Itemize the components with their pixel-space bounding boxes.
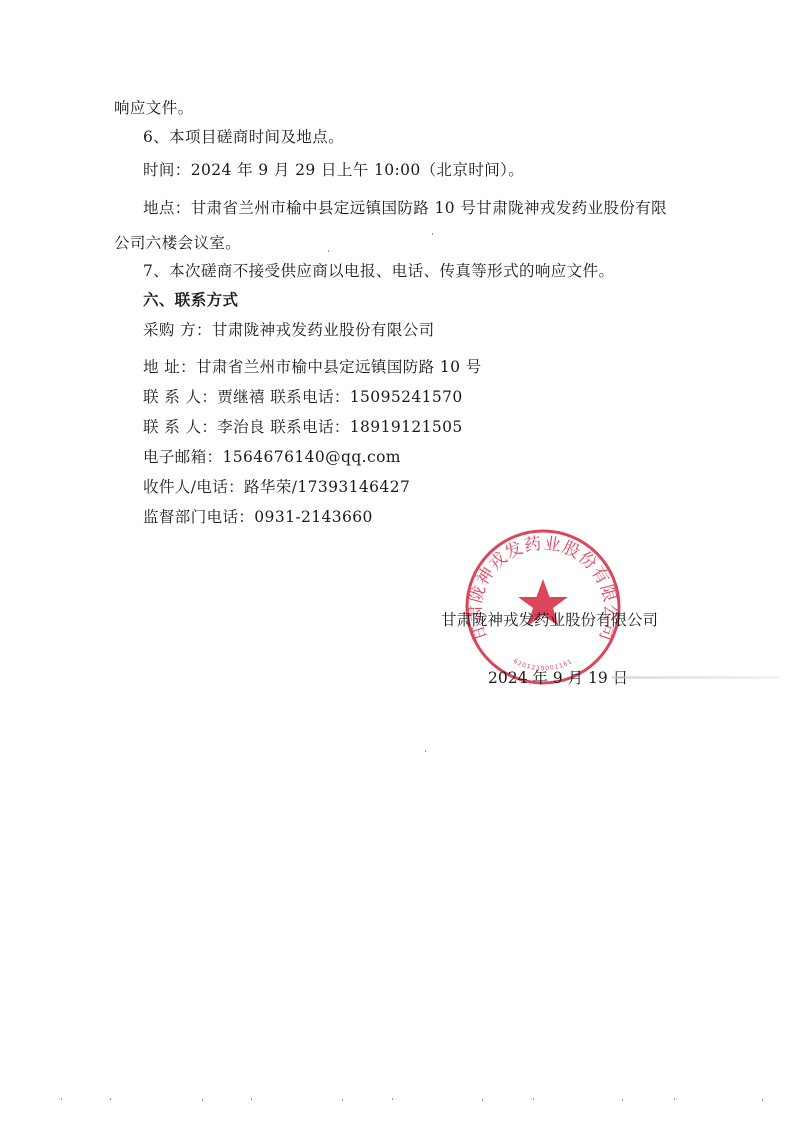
supervisor-phone-line: 监督部门电话：0931-2143660 [143,507,373,527]
scan-speck [482,1099,483,1101]
meeting-time: 时间：2024 年 9 月 29 日上午 10:00（北京时间）。 [143,160,524,180]
scan-speck [342,1099,343,1101]
purchaser-line: 采购 方：甘肃陇神戎发药业股份有限公司 [143,320,435,340]
item-7-no-telegram: 7、本次磋商不接受供应商以电报、电话、传真等形式的响应文件。 [143,261,614,281]
scan-speck [251,1098,252,1100]
scan-speck [110,1098,111,1100]
scan-speck [328,250,329,252]
meeting-location: 地点：甘肃省兰州市榆中县定远镇国防路 10 号甘肃陇神戎发药业股份有限 [143,198,667,218]
contact-person-2: 联 系 人：李治良 联系电话：18919121505 [143,417,463,437]
meeting-location-cont: 公司六楼会议室。 [114,233,241,253]
scan-speck [392,1098,393,1100]
signature-company: 甘肃陇神戎发药业股份有限公司 [441,610,658,630]
signature-date: 2024 年 9 月 19 日 [488,668,628,688]
scan-speck [674,1098,675,1100]
scan-speck [202,1099,203,1101]
contact-section-heading: 六、联系方式 [143,290,238,310]
email-line: 电子邮箱：1564676140@qq.com [143,447,401,467]
scan-speck [533,1098,534,1100]
scan-artifact-line [612,676,780,679]
contact-person-1: 联 系 人：贾继禧 联系电话：15095241570 [143,387,463,407]
scan-speck [762,1099,763,1101]
body-line-response-file: 响应文件。 [114,98,194,118]
scan-speck [622,1099,623,1101]
scan-speck [432,233,433,235]
recipient-line: 收件人/电话：路华荣/17393146427 [143,477,410,497]
item-6-time-location: 6、本项目磋商时间及地点。 [143,127,344,147]
scan-speck [61,1098,62,1100]
scan-speck [425,750,426,752]
company-seal-icon: 甘肃陇神戎发药业股份有限公司 6201230001161 [463,527,623,687]
address-line: 地 址：甘肃省兰州市榆中县定远镇国防路 10 号 [143,357,482,377]
